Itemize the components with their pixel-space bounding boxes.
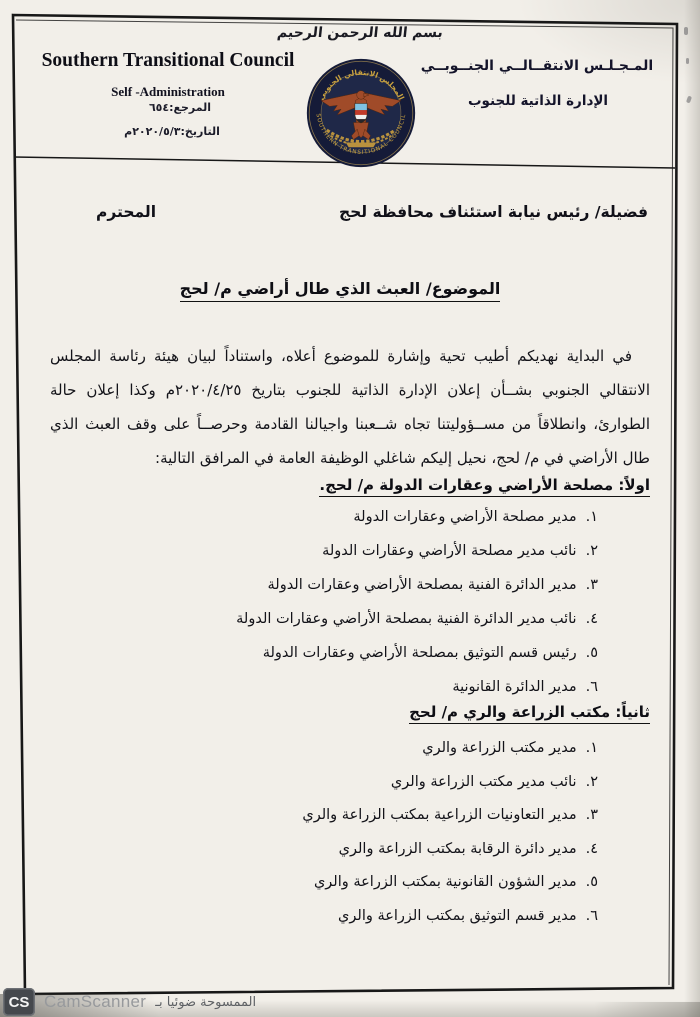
item-number: ٥. [586, 645, 598, 661]
list-item: ٣.مدير التعاونيات الزراعية بمكتب الزراعة… [60, 799, 598, 833]
list-item: ٢.نائب مدير مكتب الزراعة والري [60, 766, 598, 800]
item-text: مدير دائرة الرقابة بمكتب الزراعة والري [339, 841, 577, 857]
scanned-letter-page: بسم الله الرحمن الرحيم Southern Transiti… [0, 0, 700, 1017]
item-text: نائب مدير الدائرة الفنية بمصلحة الأراضي … [236, 611, 576, 627]
item-text: مدير الشؤون القانونية بمكتب الزراعة والر… [314, 874, 577, 890]
list-item: ١.مدير مصلحة الأراضي وعقارات الدولة [60, 500, 598, 534]
list-item: ٣.مدير الدائرة الفنية بمصلحة الأراضي وعق… [60, 568, 598, 602]
org-subtitle-arabic: الإدارة الذاتية للجنوب [448, 93, 628, 109]
section2-list: ١.مدير مكتب الزراعة والري ٢.نائب مدير مك… [60, 732, 650, 933]
list-item: ٦.مدير قسم التوثيق بمكتب الزراعة والري [60, 900, 598, 934]
camscanner-label: CamScanner [44, 992, 146, 1012]
bottom-right-scan-shadow [550, 1002, 700, 1017]
scan-artifact [684, 27, 688, 35]
item-text: مدير الدائرة القانونية [452, 679, 576, 695]
reference-number: المرجع:٦٥٤ [110, 101, 250, 114]
section1-heading-text: اولاً: مصلحة الأراضي وعقارات الدولة م/ ل… [319, 476, 650, 497]
item-text: مدير قسم التوثيق بمكتب الزراعة والري [338, 908, 577, 924]
item-number: ٥. [586, 874, 598, 890]
addressee-row: فضيلة/ رئيس نيابة استئناف محافظة لحج الم… [60, 203, 648, 221]
org-subtitle-english: Self -Administration [22, 84, 314, 100]
item-number: ٤. [586, 841, 598, 857]
item-number: ٢. [586, 543, 598, 559]
emblem-base-scroll [346, 142, 376, 147]
item-text: مدير مكتب الزراعة والري [422, 740, 576, 756]
item-number: ٢. [586, 774, 598, 790]
camscanner-cs-icon: CS [3, 988, 35, 1016]
section1-list: ١.مدير مصلحة الأراضي وعقارات الدولة ٢.نا… [60, 500, 650, 704]
section2-heading-text: ثانياً: مكتب الزراعة والري م/ لحج [409, 703, 650, 724]
item-text: مدير مصلحة الأراضي وعقارات الدولة [353, 509, 576, 525]
scan-artifact [686, 58, 689, 64]
item-number: ٦. [586, 908, 598, 924]
list-item: ١.مدير مكتب الزراعة والري [60, 732, 598, 766]
section1-heading: اولاً: مصلحة الأراضي وعقارات الدولة م/ ل… [120, 476, 650, 494]
org-name-english: Southern Transitional Council [22, 50, 314, 72]
scanned-with-arabic-label: الممسوحة ضوئيا بـ [155, 995, 256, 1010]
honorific: المحترم [96, 203, 156, 221]
item-text: نائب مدير مصلحة الأراضي وعقارات الدولة [322, 543, 577, 559]
item-number: ٦. [586, 679, 598, 695]
list-item: ٤.مدير دائرة الرقابة بمكتب الزراعة والري [60, 833, 598, 867]
bismillah-calligraphy: بسم الله الرحمن الرحيم [249, 25, 471, 41]
stc-emblem-logo: المجلس الانتقالي الجنوبي SOUTHERN TRANSI… [302, 56, 420, 170]
letter-date: التاريخ:٢٠٢٠/٥/٣م [102, 125, 242, 138]
list-item: ٢.نائب مدير مصلحة الأراضي وعقارات الدولة [60, 534, 598, 568]
addressee: فضيلة/ رئيس نيابة استئناف محافظة لحج [339, 203, 648, 221]
item-number: ١. [586, 509, 598, 525]
camscanner-watermark-bar: CS CamScanner الممسوحة ضوئيا بـ [0, 987, 256, 1017]
item-number: ٣. [586, 807, 598, 823]
subject-text: الموضوع/ العبث الذي طال أراضي م/ لحج [180, 279, 501, 302]
list-item: ٥.رئيس قسم التوثيق بمصلحة الأراضي وعقارا… [60, 636, 598, 670]
item-number: ٤. [586, 611, 598, 627]
item-text: مدير التعاونيات الزراعية بمكتب الزراعة و… [302, 807, 576, 823]
item-number: ١. [586, 740, 598, 756]
item-text: مدير الدائرة الفنية بمصلحة الأراضي وعقار… [268, 577, 577, 593]
letter-body-paragraph: في البداية نهديكم أطيب تحية وإشارة للموض… [50, 339, 650, 475]
item-number: ٣. [586, 577, 598, 593]
org-name-arabic: المـجـلـس الانتقــالــي الجنــوبــي [412, 58, 662, 74]
item-text: نائب مدير مكتب الزراعة والري [391, 774, 577, 790]
item-text: رئيس قسم التوثيق بمصلحة الأراضي وعقارات … [263, 645, 577, 661]
list-item: ٤.نائب مدير الدائرة الفنية بمصلحة الأراض… [60, 602, 598, 636]
subject-line: الموضوع/ العبث الذي طال أراضي م/ لحج [28, 279, 652, 302]
list-item: ٥.مدير الشؤون القانونية بمكتب الزراعة وا… [60, 866, 598, 900]
section2-heading: ثانياً: مكتب الزراعة والري م/ لحج [120, 703, 650, 721]
list-item: ٦.مدير الدائرة القانونية [60, 670, 598, 704]
